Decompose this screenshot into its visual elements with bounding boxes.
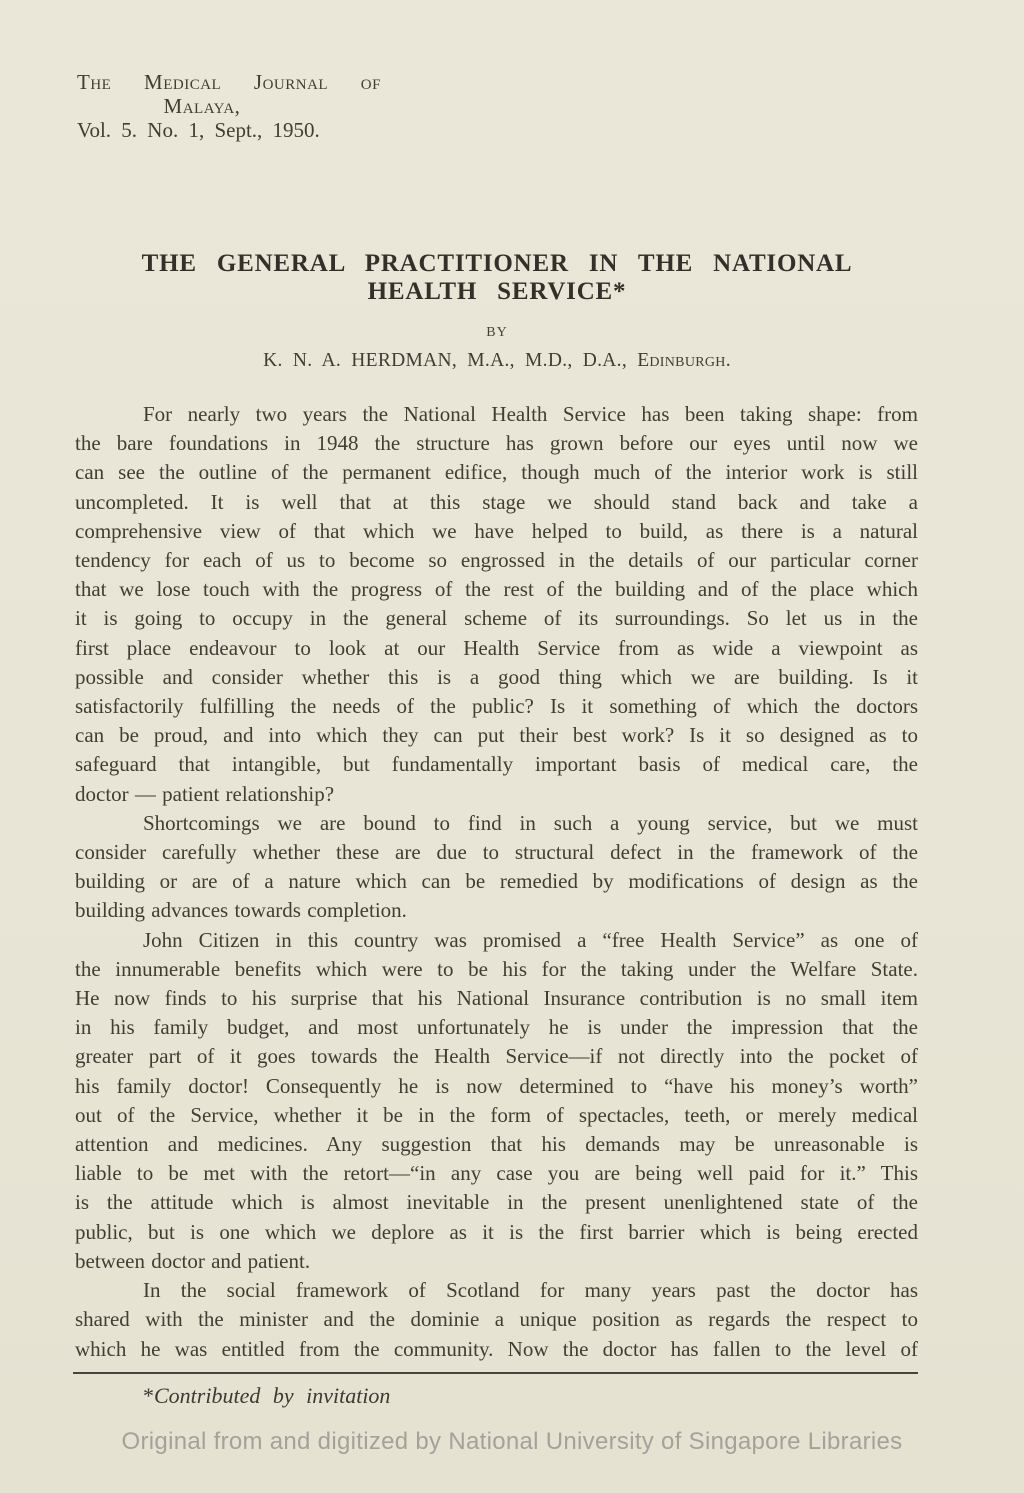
- by-label: BY: [0, 325, 994, 341]
- text-line: attention and medicines. Any suggestion …: [75, 1130, 918, 1159]
- article-title: THE GENERAL PRACTITIONER IN THE NATIONAL…: [0, 250, 994, 306]
- text-line: the bare foundations in 1948 the structu…: [75, 429, 918, 458]
- text-line: In the social framework of Scotland for …: [75, 1276, 918, 1305]
- text-line: Shortcomings we are bound to find in suc…: [75, 809, 918, 838]
- paragraph: Shortcomings we are bound to find in suc…: [75, 809, 918, 926]
- text-line: comprehensive view of that which we have…: [75, 517, 918, 546]
- text-line: building or are of a nature which can be…: [75, 867, 918, 896]
- journal-masthead: The Medical Journal of Malaya, Vol. 5. N…: [77, 70, 381, 142]
- text-line: doctor — patient relationship?: [75, 780, 918, 809]
- footnote-marker: *: [143, 1383, 154, 1408]
- text-line: greater part of it goes towards the Heal…: [75, 1042, 918, 1071]
- text-line: building advances towards completion.: [75, 896, 918, 925]
- article-title-line1: THE GENERAL PRACTITIONER IN THE NATIONAL: [142, 250, 853, 277]
- text-line: which he was entitled from the community…: [75, 1335, 918, 1364]
- author-place: Edinburgh.: [637, 350, 731, 371]
- text-line: out of the Service, whether it be in the…: [75, 1101, 918, 1130]
- text-line: safeguard that intangible, but fundament…: [75, 750, 918, 779]
- journal-page: The Medical Journal of Malaya, Vol. 5. N…: [0, 0, 1024, 1493]
- volume-issue-date: Vol. 5. No. 1, Sept., 1950.: [77, 118, 381, 142]
- author-line: K. N. A. HERDMAN, M.A., M.D., D.A., Edin…: [0, 350, 994, 372]
- footnote: *Contributed by invitation: [143, 1383, 390, 1409]
- text-line: is the attitude which is almost inevitab…: [75, 1188, 918, 1217]
- journal-name-line2: Malaya,: [77, 94, 327, 118]
- text-line: in his family budget, and most unfortuna…: [75, 1013, 918, 1042]
- text-line: can see the outline of the permanent edi…: [75, 458, 918, 487]
- text-line: shared with the minister and the dominie…: [75, 1305, 918, 1334]
- title-block: THE GENERAL PRACTITIONER IN THE NATIONAL…: [0, 250, 994, 372]
- footnote-divider: [73, 1372, 918, 1374]
- library-watermark: Original from and digitized by National …: [0, 1428, 1024, 1456]
- text-line: his family doctor! Consequently he is no…: [75, 1072, 918, 1101]
- text-line: John Citizen in this country was promise…: [75, 926, 918, 955]
- journal-name-line1: The Medical Journal of: [77, 70, 381, 94]
- text-line: it is going to occupy in the general sch…: [75, 604, 918, 633]
- text-line: the innumerable benefits which were to b…: [75, 955, 918, 984]
- article-title-line2: HEALTH SERVICE*: [368, 278, 627, 305]
- footnote-text: Contributed by invitation: [154, 1383, 390, 1408]
- author-name: K. N. A. HERDMAN, M.A., M.D., D.A.,: [263, 350, 637, 371]
- paragraph: For nearly two years the National Health…: [75, 400, 918, 809]
- text-line: liable to be met with the retort—“in any…: [75, 1159, 918, 1188]
- text-line: between doctor and patient.: [75, 1247, 918, 1276]
- text-line: He now finds to his surprise that his Na…: [75, 984, 918, 1013]
- text-line: tendency for each of us to become so eng…: [75, 546, 918, 575]
- text-line: that we lose touch with the progress of …: [75, 575, 918, 604]
- text-line: possible and consider whether this is a …: [75, 663, 918, 692]
- text-line: consider carefully whether these are due…: [75, 838, 918, 867]
- article-body: For nearly two years the National Health…: [75, 400, 918, 1364]
- paragraph: John Citizen in this country was promise…: [75, 926, 918, 1276]
- text-line: satisfactorily fulfilling the needs of t…: [75, 692, 918, 721]
- paragraph: In the social framework of Scotland for …: [75, 1276, 918, 1364]
- text-line: first place endeavour to look at our Hea…: [75, 634, 918, 663]
- text-line: can be proud, and into which they can pu…: [75, 721, 918, 750]
- text-line: uncompleted. It is well that at this sta…: [75, 488, 918, 517]
- text-line: For nearly two years the National Health…: [75, 400, 918, 429]
- text-line: public, but is one which we deplore as i…: [75, 1218, 918, 1247]
